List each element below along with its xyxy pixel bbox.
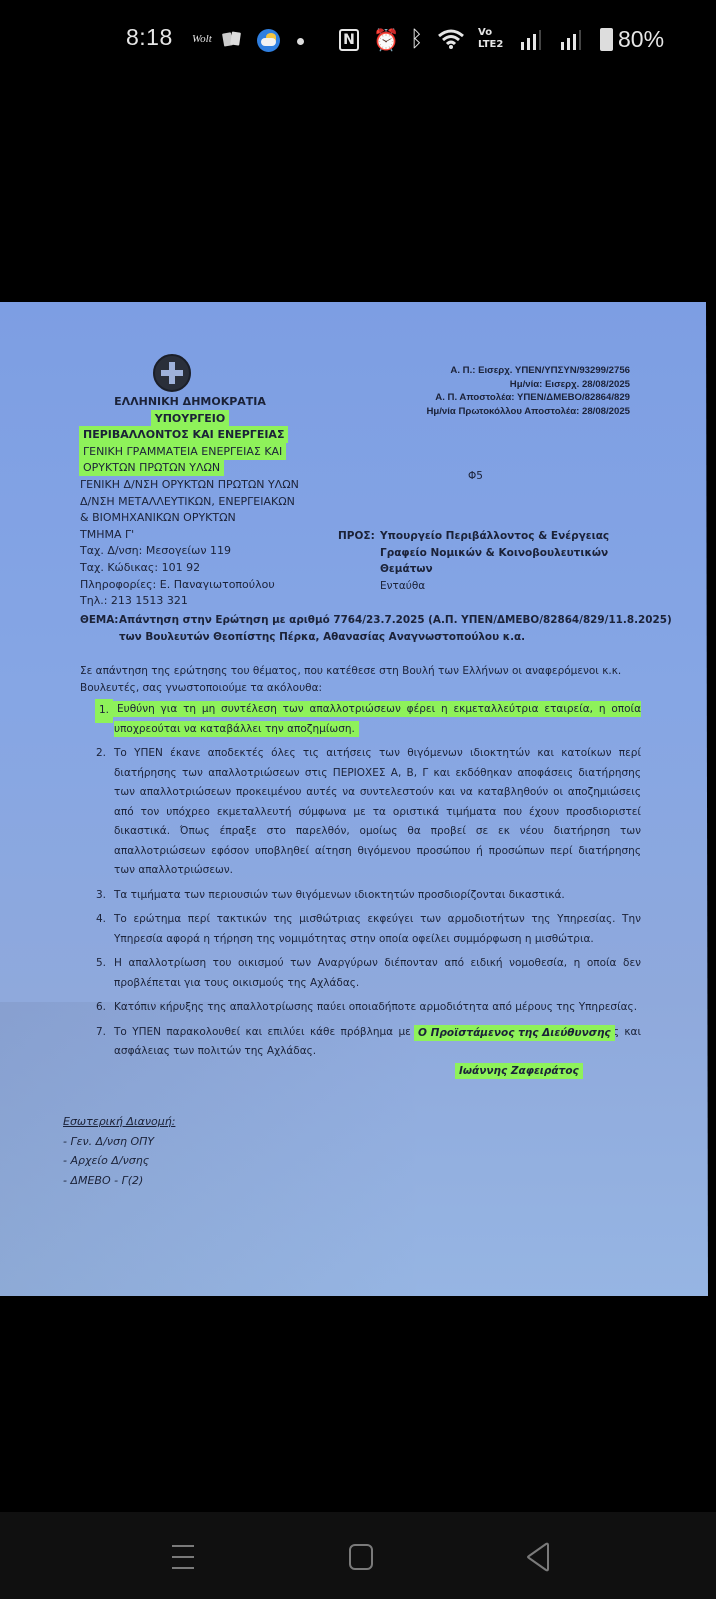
signature-name: Ιωάννης Ζαφειράτος — [456, 1064, 582, 1078]
volte-lte2-icon: Vo LTE2 — [478, 27, 503, 51]
protocol-line: Α. Π.: Εισερχ. ΥΠΕΝ/ΥΠΣΥΝ/93299/2756 — [426, 364, 630, 378]
protocol-line: Ημ/νία Πρωτοκόλλου Αποστολέα: 28/08/2025 — [426, 405, 630, 419]
item-text: Το ΥΠΕΝ έκανε αποδεκτές όλες τις αιτήσει… — [114, 747, 641, 876]
item-number: 7. — [96, 1023, 106, 1043]
subject-line: Απάντηση στην Ερώτηση με αριθμό 7764/23.… — [119, 612, 672, 629]
ministry-line-1: ΥΠΟΥΡΓΕΙΟ — [152, 411, 229, 426]
document-photo: ΕΛΛΗΝΙΚΗ ΔΗΜΟΚΡΑΤΙΑ ΥΠΟΥΡΓΕΙΟ ΠΕΡΙΒΑΛΛΟΝ… — [0, 302, 708, 1296]
item-number: 3. — [96, 886, 106, 906]
greek-emblem-icon — [153, 354, 191, 392]
home-button[interactable] — [344, 1540, 378, 1574]
distribution-line: - Αρχείο Δ/νσης — [63, 1151, 175, 1171]
list-item: 3. Τα τιμήματα των περιουσιών των θιγόμε… — [96, 886, 641, 906]
protocol-line: Α. Π. Αποστολέα: ΥΠΕΝ/ΔΜΕΒΟ/82864/829 — [426, 391, 630, 405]
secretariat-line-1: ΓΕΝΙΚΗ ΓΡΑΜΜΑΤΕΙΑ ΕΝΕΡΓΕΙΑΣ ΚΑΙ — [80, 444, 285, 459]
sender-line: Ταχ. Δ/νση: Μεσογείων 119 — [80, 543, 300, 560]
home-icon — [350, 1545, 372, 1569]
recent-apps-icon — [172, 1546, 194, 1568]
status-bar: 8:18 Wolt N ⏰ ᛒ Vo LTE2 80% — [0, 0, 716, 80]
signal-icon — [520, 30, 542, 51]
back-button[interactable] — [522, 1540, 556, 1574]
item-text: Ευθύνη για τη μη συντέλεση των απαλλοτρι… — [114, 702, 641, 736]
item-number: 5. — [96, 954, 106, 974]
protocol-line: Ημ/νία: Εισερχ. 28/08/2025 — [426, 378, 630, 392]
list-item: 1. Ευθύνη για τη μη συντέλεση των απαλλο… — [96, 700, 641, 739]
filing-code: Φ5 — [468, 470, 483, 482]
list-item: 2. Το ΥΠΕΝ έκανε αποδεκτές όλες τις αιτή… — [96, 744, 641, 881]
bluetooth-icon: ᛒ — [410, 27, 423, 52]
sender-line: Τηλ.: 213 1513 321 — [80, 593, 300, 610]
subject-label: ΘΕΜΑ: — [80, 612, 118, 629]
distribution-line: - Γεν. Δ/νση ΟΠΥ — [63, 1132, 175, 1152]
recipient-line: Θεμάτων — [380, 561, 609, 578]
weather-icon — [257, 29, 280, 52]
list-item: 6. Κατόπιν κήρυξης της απαλλοτρίωσης παύ… — [96, 998, 641, 1018]
navigation-bar — [0, 1512, 716, 1599]
distribution-line: - ΔΜΕΒΟ - Γ(2) — [63, 1171, 175, 1191]
list-item: 5. Η απαλλοτρίωση του οικισμού των Αναργ… — [96, 954, 641, 993]
wifi-icon — [437, 28, 465, 50]
distribution-block: Εσωτερική Διανομή: - Γεν. Δ/νση ΟΠΥ - Αρ… — [63, 1112, 175, 1190]
sender-block: ΕΛΛΗΝΙΚΗ ΔΗΜΟΚΡΑΤΙΑ ΥΠΟΥΡΓΕΙΟ ΠΕΡΙΒΑΛΛΟΝ… — [80, 394, 300, 610]
battery-percent: 80% — [618, 26, 664, 53]
item-text: Τα τιμήματα των περιουσιών των θιγόμενων… — [114, 889, 565, 901]
distribution-title: Εσωτερική Διανομή: — [63, 1112, 175, 1132]
sender-line: Δ/ΝΣΗ ΜΕΤΑΛΛΕΥΤΙΚΩΝ, ΕΝΕΡΓΕΙΑΚΩΝ — [80, 494, 300, 511]
intro-paragraph: Σε απάντηση της ερώτησης του θέματος, πο… — [80, 663, 640, 697]
protocol-block: Α. Π.: Εισερχ. ΥΠΕΝ/ΥΠΣΥΝ/93299/2756 Ημ/… — [426, 364, 630, 418]
list-item: 4. Το ερώτημα περί τακτικών της μισθώτρι… — [96, 910, 641, 949]
item-text: Κατόπιν κήρυξης της απαλλοτρίωσης παύει … — [114, 1001, 637, 1013]
nfc-icon: N — [339, 29, 359, 51]
recipient-line: Γραφείο Νομικών & Κοινοβουλευτικών — [380, 545, 609, 562]
subject-line: των Βουλευτών Θεοπίστης Πέρκα, Αθανασίας… — [119, 629, 672, 646]
republic-title: ΕΛΛΗΝΙΚΗ ΔΗΜΟΚΡΑΤΙΑ — [80, 394, 300, 411]
ministry-line-2: ΠΕΡΙΒΑΛΛΟΝΤΟΣ ΚΑΙ ΕΝΕΡΓΕΙΑΣ — [80, 427, 287, 442]
battery-icon — [600, 28, 613, 51]
item-text: Το ερώτημα περί τακτικών της μισθώτριας … — [114, 913, 641, 945]
cards-icon — [222, 30, 242, 48]
recipient-block: ΠΡΟΣ: Υπουργείο Περιβάλλοντος & Ενέργεια… — [338, 528, 609, 594]
back-icon — [528, 1544, 548, 1571]
notification-dot-icon — [297, 38, 304, 45]
recipient-line: Ενταύθα — [380, 578, 609, 595]
item-number: 6. — [96, 998, 106, 1018]
signature-title: Ο Προϊστάμενος της Διεύθυνσης — [415, 1026, 614, 1040]
item-number: 4. — [96, 910, 106, 930]
alarm-icon: ⏰ — [373, 28, 399, 53]
recipient-label: ΠΡΟΣ: — [338, 528, 375, 545]
subject-block: ΘΕΜΑ: Απάντηση στην Ερώτηση με αριθμό 77… — [80, 612, 672, 646]
recipient-line: Υπουργείο Περιβάλλοντος & Ενέργειας — [380, 528, 609, 545]
sender-line: ΤΜΗΜΑ Γ' — [80, 527, 300, 544]
secretariat-line-2: ΟΡΥΚΤΩΝ ΠΡΩΤΩΝ ΥΛΩΝ — [80, 460, 223, 475]
recent-apps-button[interactable] — [166, 1540, 200, 1574]
item-text: Η απαλλοτρίωση του οικισμού των Αναργύρω… — [114, 957, 641, 989]
sender-line: Πληροφορίες: Ε. Παναγιωτοπούλου — [80, 577, 300, 594]
numbered-list: 1. Ευθύνη για τη μη συντέλεση των απαλλο… — [96, 700, 641, 1067]
sender-line: Ταχ. Κώδικας: 101 92 — [80, 560, 300, 577]
clock: 8:18 — [126, 24, 173, 51]
sender-line: ΓΕΝΙΚΗ Δ/ΝΣΗ ΟΡΥΚΤΩΝ ΠΡΩΤΩΝ ΥΛΩΝ — [80, 477, 300, 494]
item-number: 2. — [96, 744, 106, 764]
sender-line: & ΒΙΟΜΗΧΑΝΙΚΩΝ ΟΡΥΚΤΩΝ — [80, 510, 300, 527]
wolt-icon: Wolt — [192, 33, 212, 45]
item-number: 1. — [96, 700, 112, 722]
signal-icon — [560, 30, 582, 51]
